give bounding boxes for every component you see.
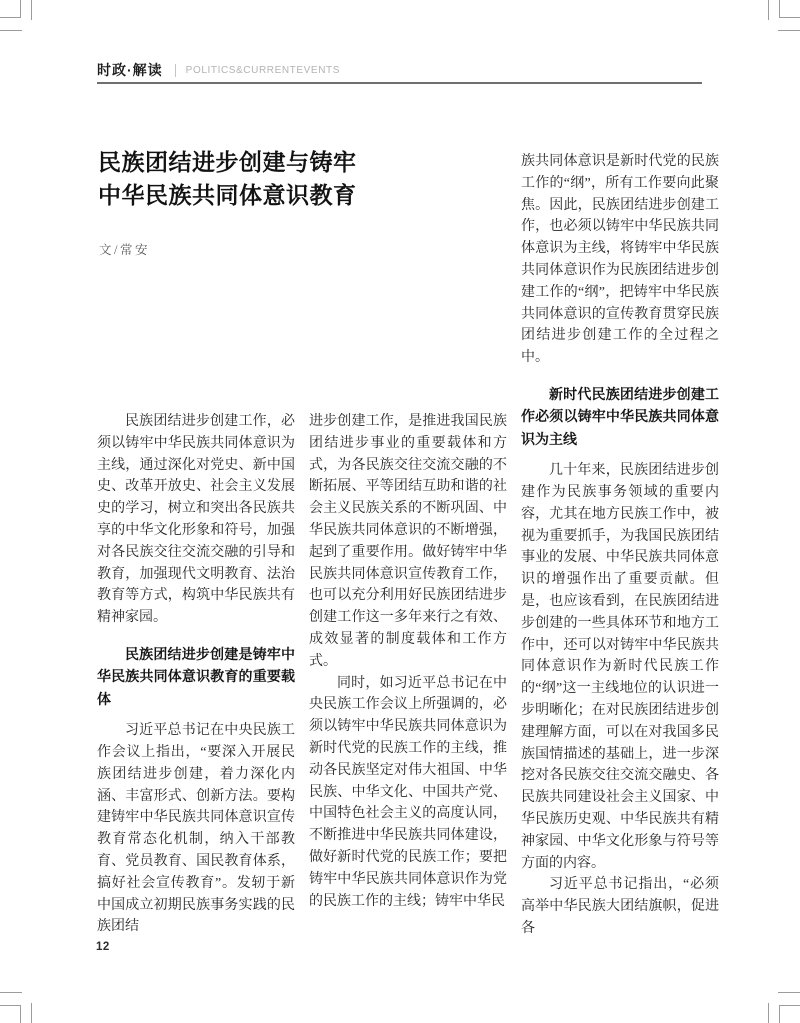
crop-mark bbox=[778, 30, 800, 31]
paragraph: 习近平总书记在中央民族工作会议上指出，“要深入开展民族团结进步创建，着力深化内涵… bbox=[97, 720, 295, 938]
crop-mark bbox=[779, 0, 780, 17]
paragraph-continuation: 进步创建工作，是推进我国民族团结进步事业的重要载体和方式，为各民族交往交流交融的… bbox=[309, 411, 507, 673]
paragraph: 几十年来，民族团结进步创建作为民族事务领域的重要内容，尤其在地方民族工作中，被视… bbox=[521, 460, 719, 874]
crop-mark bbox=[0, 1005, 21, 1006]
section-header: 时政·解读POLITICS&CURRENTEVENTS bbox=[97, 60, 717, 80]
crop-mark bbox=[20, 0, 21, 17]
crop-mark bbox=[0, 992, 22, 993]
paragraph: 同时，如习近平总书记在中央民族工作会议上所强调的，必须以铸牢中华民族共同体意识为… bbox=[309, 673, 507, 913]
crop-mark bbox=[778, 992, 800, 993]
crop-mark bbox=[0, 17, 21, 18]
header-rule bbox=[97, 82, 702, 84]
page-number: 12 bbox=[96, 941, 110, 953]
article-title: 民族团结进步创建与铸牢 中华民族共同体意识教育 bbox=[98, 146, 518, 212]
crop-mark bbox=[779, 1005, 800, 1006]
crop-mark bbox=[779, 1006, 780, 1023]
paragraph: 民族团结进步创建工作，必须以铸牢中华民族共同体意识为主线，通过深化对党史、新中国… bbox=[97, 411, 295, 629]
column-3: 族共同体意识是新时代党的民族工作的“纲”，所有工作要向此聚焦。因此，民族团结进步… bbox=[521, 151, 719, 940]
section-title: 时政·解读 bbox=[97, 60, 163, 80]
paragraph: 习近平总书记指出，“必须高举中华民族大团结旗帜，促进各 bbox=[521, 874, 719, 939]
crop-mark bbox=[31, 1003, 32, 1023]
section-divider bbox=[175, 64, 176, 77]
byline: 文/常安 bbox=[99, 240, 150, 258]
crop-mark bbox=[31, 0, 32, 20]
paragraph-continuation: 族共同体意识是新时代党的民族工作的“纲”，所有工作要向此聚焦。因此，民族团结进步… bbox=[521, 151, 719, 369]
column-1: 民族团结进步创建工作，必须以铸牢中华民族共同体意识为主线，通过深化对党史、新中国… bbox=[97, 411, 295, 938]
crop-mark bbox=[768, 0, 769, 20]
crop-mark bbox=[0, 30, 22, 31]
column-2: 进步创建工作，是推进我国民族团结进步事业的重要载体和方式，为各民族交往交流交融的… bbox=[309, 411, 507, 912]
subheading: 民族团结进步创建是铸牢中华民族共同体意识教育的重要载体 bbox=[97, 643, 295, 710]
title-line: 中华民族共同体意识教育 bbox=[98, 179, 518, 212]
crop-mark bbox=[20, 1006, 21, 1023]
section-subtitle-en: POLITICS&CURRENTEVENTS bbox=[186, 65, 340, 76]
crop-mark bbox=[768, 1003, 769, 1023]
crop-mark bbox=[779, 17, 800, 18]
title-line: 民族团结进步创建与铸牢 bbox=[98, 146, 518, 179]
subheading: 新时代民族团结进步创建工作必须以铸牢中华民族共同体意识为主线 bbox=[521, 383, 719, 450]
